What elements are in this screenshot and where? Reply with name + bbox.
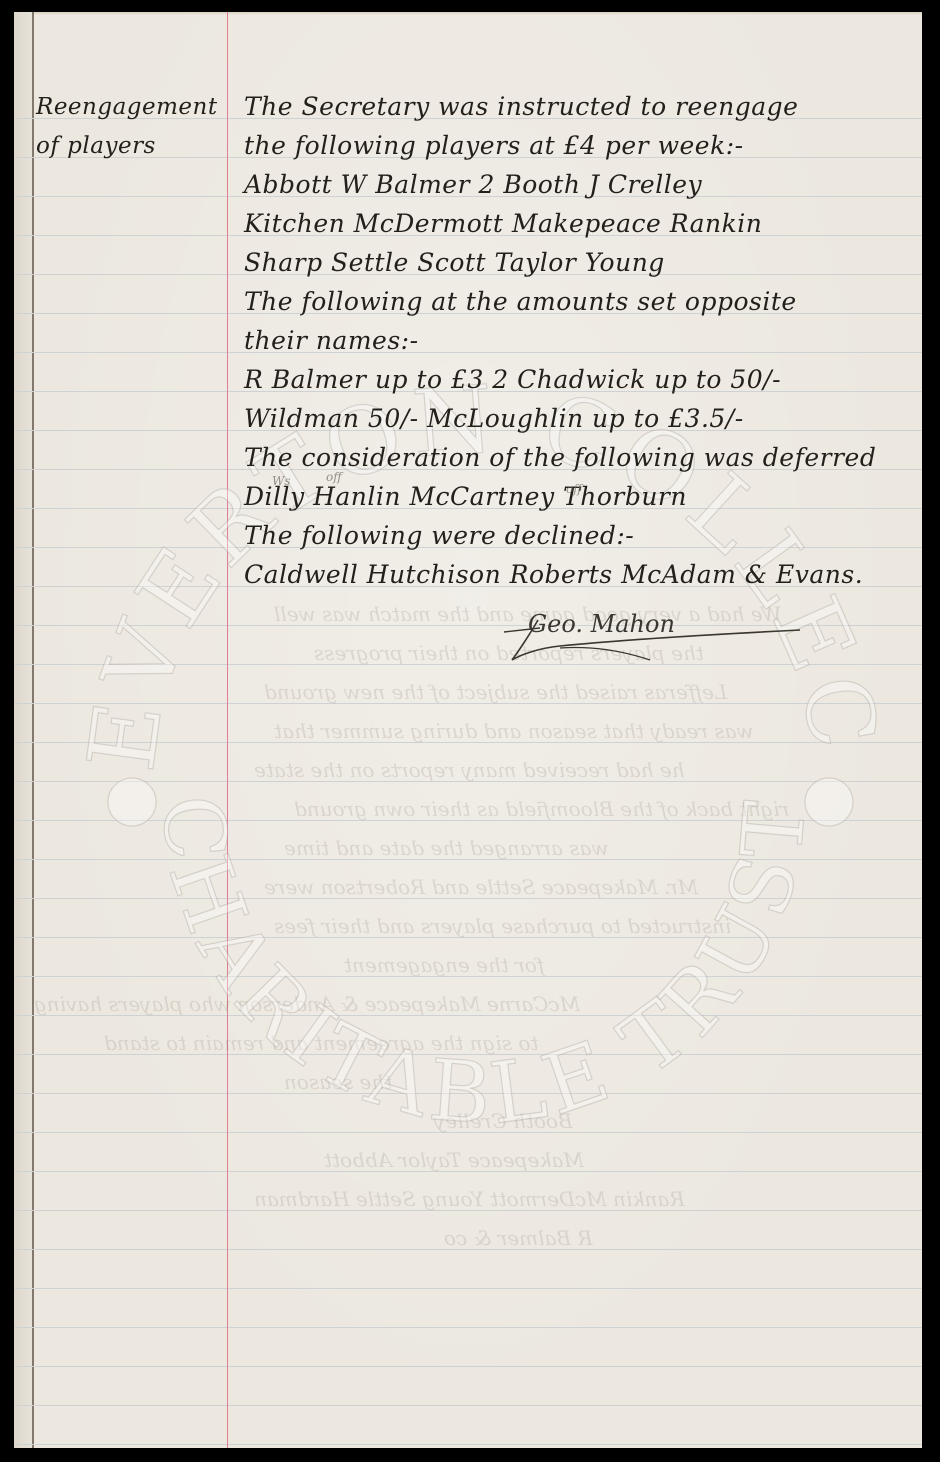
- minute-line: Abbott W Balmer 2 Booth J Crelley: [244, 170, 702, 199]
- showthrough-line: Mr. Makepeace Settle and Robertson were: [264, 875, 698, 899]
- annotation: off: [326, 470, 342, 484]
- ruled-line: [14, 1366, 922, 1367]
- showthrough-line: was arranged the date and time: [284, 836, 609, 860]
- ledger-page: We had a very good game and the match wa…: [14, 12, 922, 1448]
- ruled-line: [14, 1444, 922, 1445]
- minute-line: The consideration of the following was d…: [244, 443, 876, 472]
- showthrough-line: right back of the Bloomfield as their ow…: [294, 797, 789, 821]
- ruled-line: [14, 1327, 922, 1328]
- watermark-dot-left: [108, 778, 156, 826]
- ruled-line: [14, 1093, 922, 1094]
- minute-line: The Secretary was instructed to reengage: [244, 92, 798, 121]
- watermark-dot-right: [805, 778, 853, 826]
- page-top-edge: [14, 12, 922, 15]
- minute-line: Dilly Hanlin McCartney Thorburn: [244, 482, 687, 511]
- showthrough-line: to sign the agreement and remain to stan…: [104, 1031, 539, 1055]
- binding-gutter: [14, 12, 32, 1448]
- ruled-line: [14, 1288, 922, 1289]
- minute-line: Kitchen McDermott Makepeace Rankin: [244, 209, 762, 238]
- showthrough-line: Rankin McDermott Young Settle Hardman: [254, 1187, 685, 1211]
- minute-line: The following were declined:-: [244, 521, 634, 550]
- margin-heading-line2: of players: [36, 133, 156, 159]
- minute-line: The following at the amounts set opposit…: [244, 287, 797, 316]
- minute-line: Wildman 50/- McLoughlin up to £3.5/-: [244, 404, 744, 433]
- annotation: Ws: [272, 474, 291, 488]
- showthrough-line: for the engagement: [344, 953, 544, 977]
- ruled-line: [14, 352, 922, 353]
- signature-flourish: [500, 608, 820, 668]
- showthrough-line: instructed to purchase players and their…: [274, 914, 731, 938]
- red-margin-line: [227, 12, 228, 1448]
- showthrough-line: he had received many reports on the stat…: [254, 758, 685, 782]
- showthrough-line: McCarne Makepeace & Anderson who players…: [34, 992, 580, 1016]
- annotation: off: [566, 482, 582, 496]
- margin-heading-line1: Reengagement: [36, 94, 218, 120]
- binding-line: [32, 12, 34, 1448]
- minute-line: the following players at £4 per week:-: [244, 131, 744, 160]
- minute-line: R Balmer up to £3 2 Chadwick up to 50/-: [244, 365, 781, 394]
- minute-line: Sharp Settle Scott Taylor Young: [244, 248, 665, 277]
- minute-line: Caldwell Hutchison Roberts McAdam & Evan…: [244, 560, 863, 589]
- minute-line: their names:-: [244, 326, 419, 355]
- showthrough-line: was ready that season and during summer …: [274, 719, 754, 743]
- showthrough-line: Booth Crelley: [434, 1109, 573, 1133]
- showthrough-line: Makepeace Taylor Abbott: [324, 1148, 584, 1172]
- ruled-line: [14, 1405, 922, 1406]
- showthrough-line: R Balmer & co: [444, 1226, 593, 1250]
- showthrough-line: Lefferas raised the subject of the new g…: [264, 680, 727, 704]
- showthrough-line: the season: [284, 1070, 392, 1094]
- signature: Geo. Mahon: [500, 608, 820, 668]
